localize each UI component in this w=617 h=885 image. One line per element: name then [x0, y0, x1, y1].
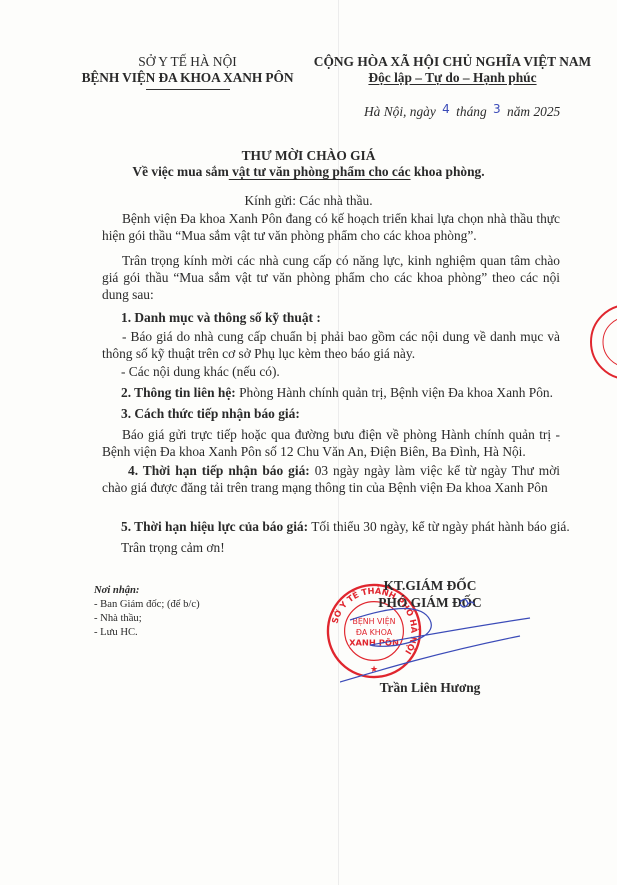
subject-pre: Về việc mua sắm	[132, 164, 228, 179]
issuer-rule	[146, 89, 230, 90]
invitation-paragraph: Trân trọng kính mời các nhà cung cấp có …	[102, 252, 560, 303]
section-5-heading: 5. Thời hạn hiệu lực của báo giá:	[121, 519, 308, 534]
section-4-heading: 4. Thời hạn tiếp nhận báo giá:	[128, 463, 310, 478]
letter-subject: Về việc mua sắm vật tư văn phòng phẩm ch…	[0, 164, 617, 180]
section-5: 5. Thời hạn hiệu lực của báo giá: Tối th…	[121, 519, 570, 535]
section-1-item-1: - Báo giá do nhà cung cấp chuẩn bị phải …	[102, 328, 560, 362]
date-month-label: tháng	[456, 104, 487, 119]
section-1-heading: 1. Danh mục và thông số kỹ thuật :	[121, 310, 321, 326]
date-day: 4	[439, 102, 453, 116]
handwritten-signature-icon	[340, 590, 540, 690]
subject-post: khoa phòng.	[411, 164, 485, 179]
section-2-text: Phòng Hành chính quản trị, Bệnh viện Đa …	[236, 385, 553, 400]
section-5-text: Tối thiểu 30 ngày, kể từ ngày phát hành …	[308, 519, 570, 534]
section-2: 2. Thông tin liên hệ: Phòng Hành chính q…	[121, 385, 553, 401]
issuer-block: SỞ Y TẾ HÀ NỘI BỆNH VIỆN ĐA KHOA XANH PÔ…	[80, 54, 295, 90]
nation-title: CỘNG HÒA XÃ HỘI CHỦ NGHĨA VIỆT NAM	[300, 54, 605, 70]
issuer-unit: BỆNH VIỆN ĐA KHOA XANH PÔN	[80, 70, 295, 86]
intro-paragraph: Bệnh viện Đa khoa Xanh Pôn đang có kế ho…	[102, 210, 560, 244]
recipient-item: - Ban Giám đốc; (để b/c)	[94, 598, 200, 612]
date-month: 3	[490, 102, 504, 116]
recipient-item: - Lưu HC.	[94, 626, 200, 640]
signer-name: Trần Liên Hương	[345, 680, 515, 696]
subject-underlined: vật tư văn phòng phẩm cho các	[229, 164, 411, 179]
issue-date: Hà Nội, ngày 4 tháng 3 năm 2025	[364, 104, 560, 120]
section-3-text: Báo giá gửi trực tiếp hoặc qua đường bưu…	[102, 426, 560, 460]
section-1-item-2: - Các nội dung khác (nếu có).	[121, 364, 280, 380]
section-3-heading: 3. Cách thức tiếp nhận báo giá:	[121, 406, 300, 422]
edge-stamp-icon	[588, 302, 617, 382]
national-header: CỘNG HÒA XÃ HỘI CHỦ NGHĨA VIỆT NAM Độc l…	[300, 54, 605, 86]
document-page: SỞ Y TẾ HÀ NỘI BỆNH VIỆN ĐA KHOA XANH PÔ…	[0, 0, 617, 885]
issuer-org: SỞ Y TẾ HÀ NỘI	[80, 54, 295, 70]
greeting: Kính gửi: Các nhà thầu.	[0, 193, 617, 209]
recipients-heading: Nơi nhận:	[94, 584, 200, 598]
recipients-block: Nơi nhận: - Ban Giám đốc; (để b/c) - Nhà…	[94, 584, 200, 640]
letter-title: THƯ MỜI CHÀO GIÁ	[0, 148, 617, 164]
date-prefix: Hà Nội, ngày	[364, 104, 436, 119]
national-motto: Độc lập – Tự do – Hạnh phúc	[368, 70, 536, 85]
recipient-item: - Nhà thầu;	[94, 612, 200, 626]
closing: Trân trọng cảm ơn!	[121, 540, 225, 556]
section-4: 4. Thời hạn tiếp nhận báo giá: 03 ngày n…	[102, 462, 560, 496]
section-2-heading: 2. Thông tin liên hệ:	[121, 385, 236, 400]
date-year: năm 2025	[507, 104, 560, 119]
